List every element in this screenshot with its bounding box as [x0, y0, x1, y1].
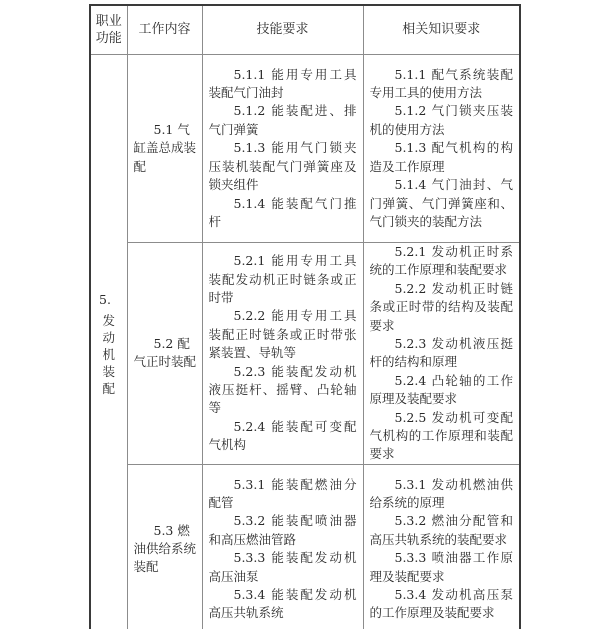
knowledge-cell: 5.2.1 发动机正时系统的工作原理和装配要求 5.2.2 发动机正时链条或正时…: [363, 243, 520, 465]
knowledge-item: 5.2.4 凸轮轴的工作原理及装配要求: [370, 372, 514, 409]
function-cell: 5. 发动机装配: [90, 55, 127, 629]
header-knowledge-requirements: 相关知识要求: [363, 5, 520, 55]
skills-cell: 5.2.1 能用专用工具装配发动机正时链条或正时带 5.2.2 能用专用工具装配…: [202, 243, 363, 465]
skills-cell: 5.1.1 能用专用工具装配气门油封 5.1.2 能装配进、排气门弹簧 5.1.…: [202, 55, 363, 243]
knowledge-item: 5.2.3 发动机液压挺杆的结构和原理: [370, 335, 514, 372]
knowledge-item: 5.1.3 配气机构的构造及工作原理: [370, 139, 514, 176]
knowledge-item: 5.3.3 喷油器工作原理及装配要求: [370, 549, 514, 586]
skill-item: 5.3.2 能装配喷油器和高压燃油管路: [209, 512, 357, 549]
knowledge-item: 5.2.2 发动机正时链条或正时带的结构及装配要求: [370, 280, 514, 335]
work-content-cell: 5.3 燃油供给系统装配: [127, 464, 202, 629]
work-content-cell: 5.1 气缸盖总成装配: [127, 55, 202, 243]
knowledge-item: 5.1.2 气门锁夹压装机的使用方法: [370, 102, 514, 139]
skill-item: 5.1.4 能装配气门推杆: [209, 195, 357, 232]
header-function: 职业功能: [90, 5, 127, 55]
header-work-content: 工作内容: [127, 5, 202, 55]
skill-item: 5.3.4 能装配发动机高压共轨系统: [209, 586, 357, 623]
work-content-cell: 5.2 配气正时装配: [127, 243, 202, 465]
header-skill-requirements: 技能要求: [202, 5, 363, 55]
knowledge-item: 5.3.1 发动机燃油供给系统的原理: [370, 476, 514, 513]
table-row: 5.3 燃油供给系统装配 5.3.1 能装配燃油分配管 5.3.2 能装配喷油器…: [90, 464, 520, 629]
skill-item: 5.2.4 能装配可变配气机构: [209, 418, 357, 455]
header-function-label: 职业功能: [96, 13, 122, 47]
skill-item: 5.2.2 能用专用工具装配正时链条或正时带张紧装置、导轨等: [209, 307, 357, 362]
skill-item: 5.1.1 能用专用工具装配气门油封: [209, 66, 357, 103]
function-number: 5.: [97, 291, 121, 309]
skill-item: 5.3.1 能装配燃油分配管: [209, 476, 357, 513]
skill-item: 5.2.1 能用专用工具装配发动机正时链条或正时带: [209, 252, 357, 307]
skill-item: 5.3.3 能装配发动机高压油泵: [209, 549, 357, 586]
knowledge-item: 5.1.1 配气系统装配专用工具的使用方法: [370, 66, 514, 103]
table-row: 5.2 配气正时装配 5.2.1 能用专用工具装配发动机正时链条或正时带 5.2…: [90, 243, 520, 465]
knowledge-item: 5.1.4 气门油封、气门弹簧、气门弹簧座和、气门锁夹的装配方法: [370, 176, 514, 231]
knowledge-cell: 5.1.1 配气系统装配专用工具的使用方法 5.1.2 气门锁夹压装机的使用方法…: [363, 55, 520, 243]
knowledge-item: 5.3.2 燃油分配管和高压共轨系统的装配要求: [370, 512, 514, 549]
table-header-row: 职业功能 工作内容 技能要求 相关知识要求: [90, 5, 520, 55]
knowledge-item: 5.2.1 发动机正时系统的工作原理和装配要求: [370, 243, 514, 280]
function-name: 发动机装配: [102, 312, 116, 397]
skills-cell: 5.3.1 能装配燃油分配管 5.3.2 能装配喷油器和高压燃油管路 5.3.3…: [202, 464, 363, 629]
skill-item: 5.2.3 能装配发动机液压挺杆、摇臂、凸轮轴等: [209, 363, 357, 418]
knowledge-item: 5.3.4 发动机高压泵的工作原理及装配要求: [370, 586, 514, 623]
knowledge-item: 5.2.5 发动机可变配气机构的工作原理和装配要求: [370, 409, 514, 464]
skill-item: 5.1.2 能装配进、排气门弹簧: [209, 102, 357, 139]
skill-item: 5.1.3 能用气门锁夹压装机装配气门弹簧座及锁夹组件: [209, 139, 357, 194]
requirements-table-container: 职业功能 工作内容 技能要求 相关知识要求 5. 发动机装配 5.1 气缸盖总成…: [89, 4, 519, 621]
occupational-requirements-table: 职业功能 工作内容 技能要求 相关知识要求 5. 发动机装配 5.1 气缸盖总成…: [89, 4, 521, 629]
knowledge-cell: 5.3.1 发动机燃油供给系统的原理 5.3.2 燃油分配管和高压共轨系统的装配…: [363, 464, 520, 629]
table-row: 5. 发动机装配 5.1 气缸盖总成装配 5.1.1 能用专用工具装配气门油封 …: [90, 55, 520, 243]
